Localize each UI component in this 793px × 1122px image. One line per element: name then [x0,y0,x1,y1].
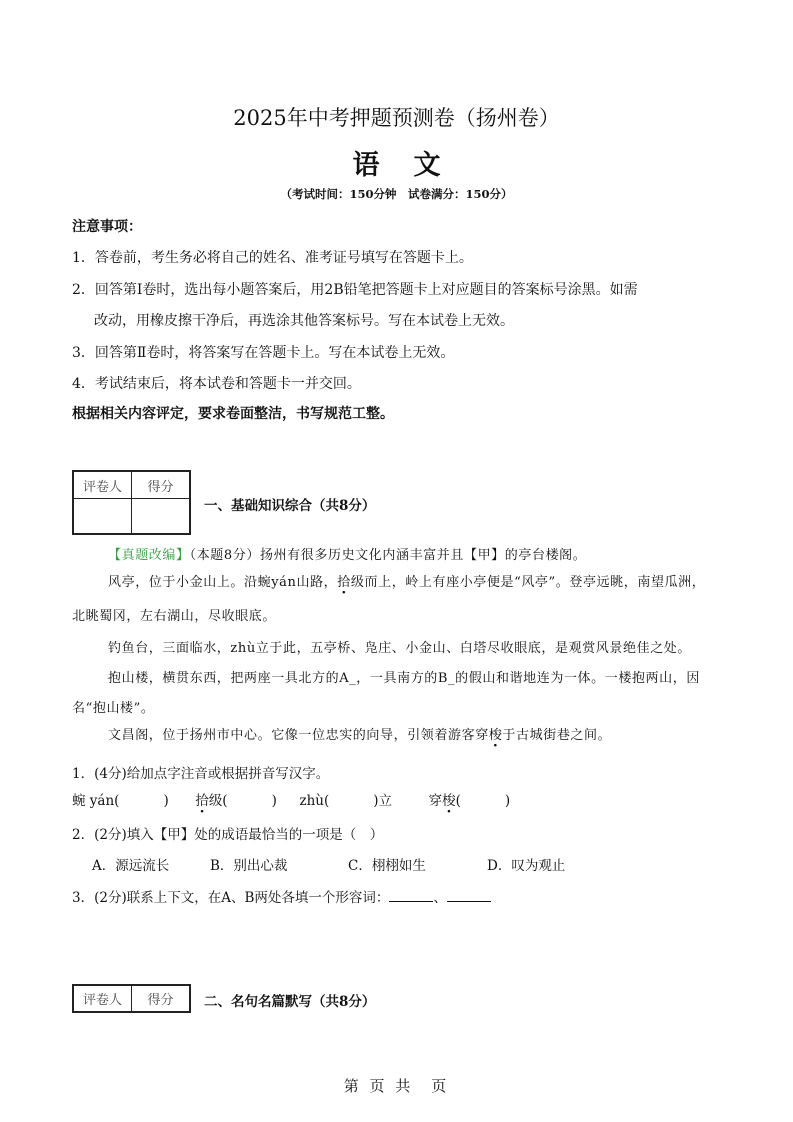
question-1: 1．(4分)给加点字注音或根据拼音写汉字。 [72,762,329,782]
exam-title: 2025年中考押题预测卷（扬州卷） [0,102,793,132]
notice-bold-line: 根据相关内容评定，要求卷面整洁，书写规范工整。 [72,403,394,423]
score-label: 得分 [132,985,191,1012]
intro-text: （本题8分）扬州有很多历史文化内涵丰富并且【甲】的亭台楼阁。 [190,548,587,563]
answer-blank-a[interactable] [389,889,433,902]
q2-option-d[interactable]: D．叹为观止 [487,854,565,874]
passage-p3-line1: 抱山楼，横贯东西，把两座一具北方的A_，一具南方的B_的假山和谐地连为一体。一楼… [108,667,700,686]
passage-p1-line2: 北眺蜀冈，左右湖山，尽收眼底。 [72,605,276,624]
notice-item-3: 3．回答第Ⅱ卷时，将答案写在答题卡上。写在本试卷上无效。 [72,342,454,362]
grader-label: 评卷人 [73,985,132,1012]
section-1-title: 一、基础知识综合（共8分） [204,494,375,514]
q2-option-b[interactable]: B．别出心裁 [210,854,287,874]
question-3: 3．(2分)联系上下文，在A、B两处各填一个形容词：、 [72,886,491,906]
notice-item-2-cont: 改动，用橡皮擦干净后，再选涂其他答案标号。写在本试卷上无效。 [94,310,514,330]
passage-intro: 【真题改编】（本题8分）扬州有很多历史文化内涵丰富并且【甲】的亭台楼阁。 [108,544,586,563]
page-footer: 第 页 共 页 [0,1075,793,1096]
score-cell[interactable] [132,499,191,535]
notice-item-2: 2．回答第Ⅰ卷时，选出每小题答案后，用2B铅笔把答题卡上对应题目的答案标号涂黑。… [72,279,638,299]
question-1-items: 蜿 yán() 拾级() zhù()立 穿梭() [72,789,510,809]
section-2-title: 二、名句名篇默写（共8分） [204,990,375,1010]
dotted-char: 梭 [442,793,456,809]
q2-option-a[interactable]: A．源远流长 [92,854,169,874]
tag-label: 【真题改编】 [108,548,190,563]
score-label: 得分 [132,471,191,499]
score-table-1: 评卷人 得分 [72,470,191,535]
score-table-2: 评卷人 得分 [72,984,191,1013]
grader-cell[interactable] [73,499,132,535]
dotted-char: 拾 [337,575,351,590]
subject-title: 语文 [0,143,793,182]
notice-item-1: 1．答卷前，考生务必将自己的姓名、准考证号填写在答题卡上。 [72,247,473,267]
notice-item-4: 4．考试结束后，将本试卷和答题卡一并交回。 [72,373,361,393]
passage-p3-line2: 名“抱山楼”。 [72,697,155,716]
exam-info: （考试时间：150分钟 试卷满分：150分） [0,186,793,202]
question-2: 2．(2分)填入【甲】处的成语最恰当的一项是（ ） [72,823,383,843]
answer-blank-b[interactable] [447,889,491,902]
passage-p2: 钓鱼台，三面临水，zhù立于此，五亭桥、凫庄、小金山、白塔尽收眼底，是观赏风景绝… [108,637,691,656]
passage-p1-line1: 风亭，位于小金山上。沿蜿yán山路，拾级而上，岭上有座小亭便是“风亭”。登亭远眺… [108,571,705,590]
grader-label: 评卷人 [73,471,132,499]
notice-heading: 注意事项： [72,216,142,236]
dotted-char: 梭 [489,728,503,743]
passage-p4: 文昌阁，位于扬州市中心。它像一位忠实的向导，引领着游客穿梭于古城街巷之间。 [108,724,611,743]
dotted-char: 拾 [195,793,209,809]
q2-option-c[interactable]: C．栩栩如生 [348,854,426,874]
